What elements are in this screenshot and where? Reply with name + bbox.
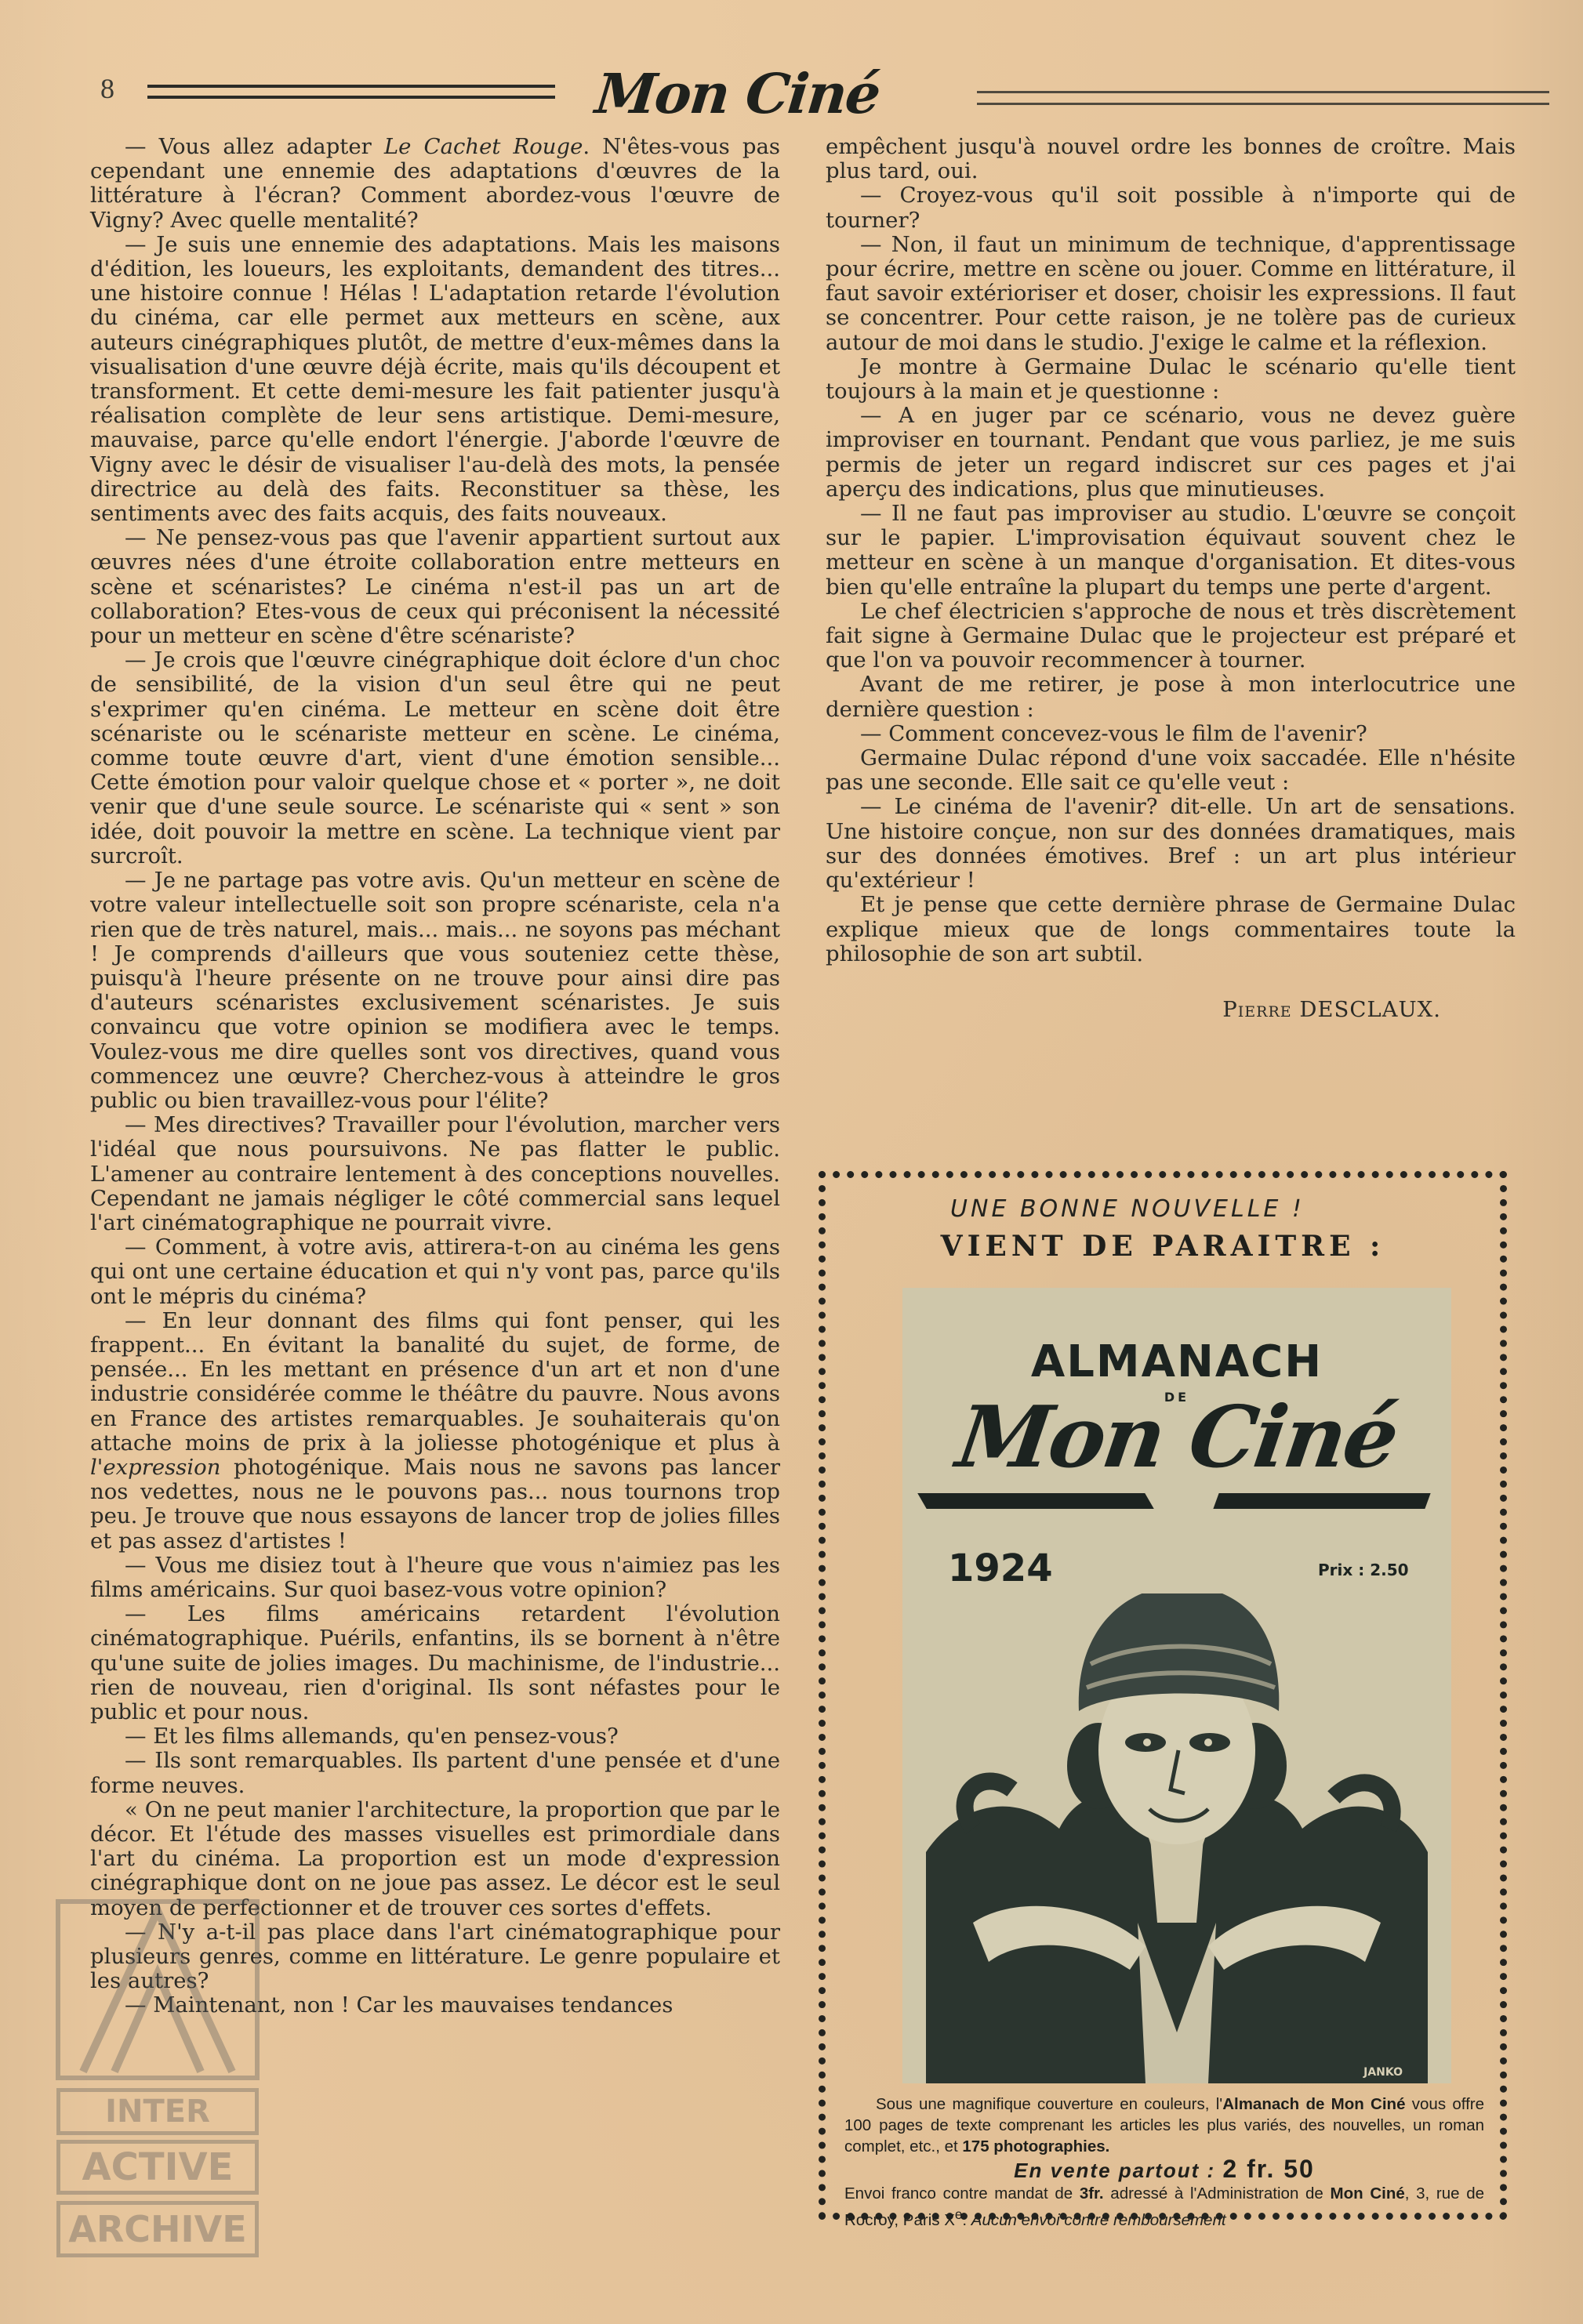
ad-sale-price: 2 fr. 50: [1222, 2155, 1314, 2183]
italic-title: Le Cachet Rouge: [384, 134, 583, 159]
interview-answer: — Mes directives? Travailler pour l'évol…: [90, 1113, 780, 1235]
ad-sale-line: En vente partout : 2 fr. 50: [844, 2159, 1484, 2181]
page-header: 8 Mon Ciné: [100, 67, 1551, 122]
narrative-paragraph: Germaine Dulac répond d'une voix saccadé…: [826, 746, 1516, 795]
cover-artist-signature: JANKO: [1363, 2066, 1403, 2079]
ad-text-bold: Almanach de Mon Ciné: [1222, 2095, 1405, 2113]
interview-question: — Vous allez adapter Le Cachet Rouge. N'…: [90, 135, 780, 233]
article-column-right: empêchent jusqu'à nouvel ordre les bonne…: [826, 135, 1516, 1022]
interview-answer: « On ne peut manier l'architecture, la p…: [90, 1798, 780, 1920]
masthead-logo: Mon Ciné: [593, 61, 883, 126]
narrative-paragraph: Et je pense que cette dernière phrase de…: [826, 893, 1516, 966]
interview-answer: — Les films américains retardent l'évolu…: [90, 1602, 780, 1724]
interview-answer: — En leur donnant des films qui font pen…: [90, 1309, 780, 1554]
ad-text: Sous une magnifique couverture en couleu…: [876, 2095, 1222, 2113]
watermark-word: ARCHIVE: [56, 2201, 259, 2257]
almanach-advertisement: UNE BONNE NOUVELLE ! VIENT DE PARAITRE :…: [819, 1171, 1507, 2220]
narrative-paragraph: empêchent jusqu'à nouvel ordre les bonne…: [826, 135, 1516, 183]
ad-text-sup: e: [955, 2207, 963, 2222]
text-run: — Vous allez adapter: [125, 134, 384, 159]
watermark-word: ACTIVE: [56, 2140, 259, 2195]
ad-ordering-info: Envoi franco contre mandat de 3fr. adres…: [844, 2183, 1484, 2231]
article-column-left: — Vous allez adapter Le Cachet Rouge. N'…: [90, 135, 780, 2018]
ad-text-bold: 3fr.: [1080, 2184, 1104, 2203]
interview-answer: — Non, il faut un minimum de technique, …: [826, 233, 1516, 355]
ad-kicker: UNE BONNE NOUVELLE !: [826, 1195, 1500, 1223]
narrative-paragraph: Je montre à Germaine Dulac le scénario q…: [826, 355, 1516, 404]
narrative-paragraph: Le chef électricien s'approche de nous e…: [826, 600, 1516, 673]
cover-logo: Mon Ciné: [902, 1388, 1451, 1487]
ad-text: .: [962, 2211, 971, 2229]
cover-illustration-woman-icon: [926, 1593, 1428, 2083]
almanach-cover: ALMANACH DE Mon Ciné 1924 Prix : 2.50: [902, 1288, 1451, 2083]
interview-question: — Et les films allemands, qu'en pensez-v…: [90, 1724, 780, 1749]
interview-question: — N'y a-t-il pas place dans l'art cinéma…: [90, 1920, 780, 1994]
interview-answer: — Ils sont remarquables. Ils partent d'u…: [90, 1749, 780, 1797]
ad-headline: VIENT DE PARAITRE :: [826, 1230, 1500, 1263]
interview-question: — Comment, à votre avis, attirera-t-on a…: [90, 1235, 780, 1309]
ad-sale-label: En vente partout :: [1014, 2159, 1222, 2182]
cover-underline-right: [1213, 1493, 1430, 1509]
italic-title: l'expression: [90, 1455, 220, 1480]
cover-year: 1924: [948, 1546, 1053, 1590]
interview-answer: — Il ne faut pas improviser au studio. L…: [826, 502, 1516, 600]
ad-text: Envoi franco contre mandat de: [844, 2184, 1080, 2203]
interview-answer: — Maintenant, non ! Car les mauvaises te…: [90, 1993, 780, 2018]
interview-question: — Vous me disiez tout à l'heure que vous…: [90, 1554, 780, 1602]
interview-answer: — Je suis une ennemie des adaptations. M…: [90, 233, 780, 526]
interview-question: — Ne pensez-vous pas que l'avenir appart…: [90, 526, 780, 648]
ad-text: adressé à l'Administration de: [1104, 2184, 1331, 2203]
cover-underline-left: [917, 1493, 1154, 1509]
interview-answer: — Le cinéma de l'avenir? dit-elle. Un ar…: [826, 795, 1516, 893]
interview-question: — Comment concevez-vous le film de l'ave…: [826, 722, 1516, 746]
interview-question: — Croyez-vous qu'il soit possible à n'im…: [826, 183, 1516, 232]
ad-text-italic: Aucun envoi contre remboursement: [971, 2211, 1226, 2229]
page-number: 8: [100, 72, 114, 105]
author-signature: Pierre DESCLAUX.: [826, 998, 1516, 1022]
ad-body: Sous une magnifique couverture en couleu…: [844, 2094, 1484, 2231]
narrative-paragraph: Avant de me retirer, je pose à mon inter…: [826, 673, 1516, 721]
header-rule-right: [977, 91, 1549, 105]
interview-answer: — Je crois que l'œuvre cinégraphique doi…: [90, 648, 780, 868]
ad-text-bold: 175 photographies.: [962, 2137, 1109, 2155]
magazine-page: 8 Mon Ciné — Vous allez adapter Le Cache…: [0, 0, 1583, 2324]
cover-price: Prix : 2.50: [1318, 1561, 1409, 1579]
interview-question: — A en juger par ce scénario, vous ne de…: [826, 404, 1516, 502]
watermark-word: INTER: [56, 2088, 259, 2135]
cover-title: ALMANACH: [902, 1336, 1451, 1387]
ad-text-bold: Mon Ciné: [1331, 2184, 1405, 2203]
text-run: — En leur donnant des films qui font pen…: [90, 1308, 780, 1456]
interview-question: — Je ne partage pas votre avis. Qu'un me…: [90, 868, 780, 1113]
header-rule-left: [147, 85, 555, 99]
ad-description: Sous une magnifique couverture en couleu…: [844, 2094, 1484, 2157]
